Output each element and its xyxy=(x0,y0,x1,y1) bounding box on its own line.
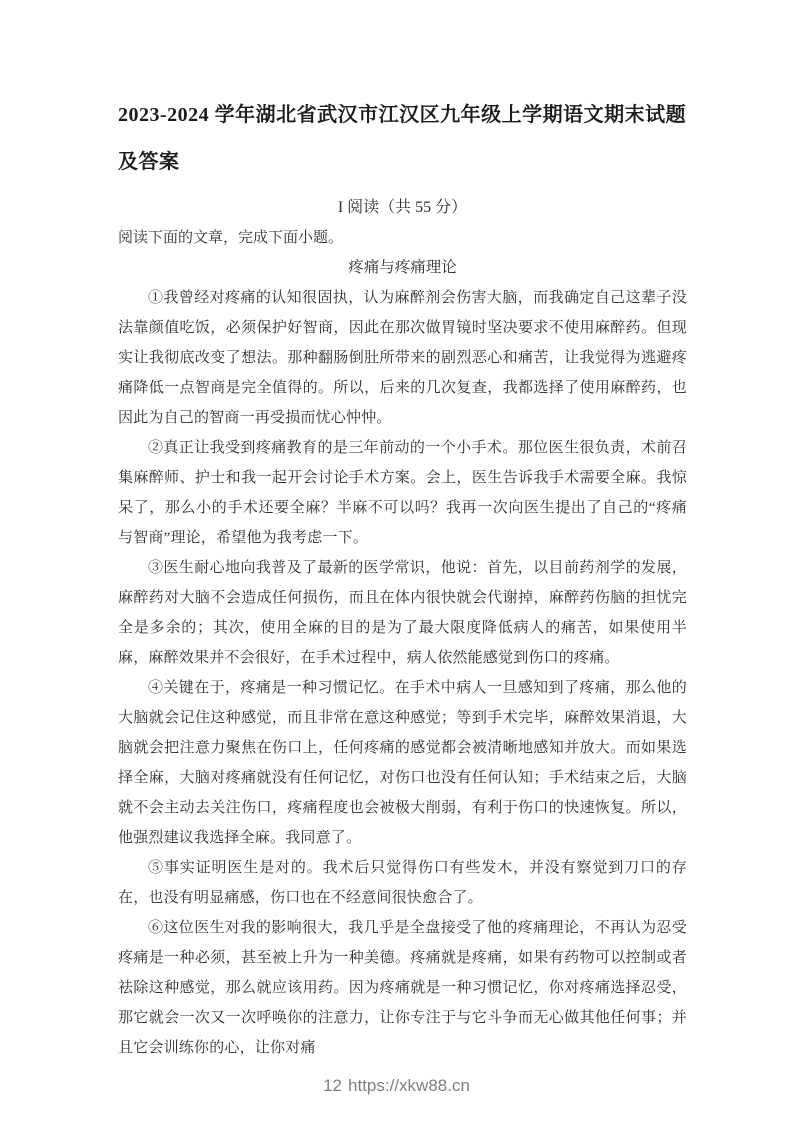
article-paragraph-2: ②真正让我受到疼痛教育的是三年前动的一个小手术。那位医生很负责，术前召集麻醉师、… xyxy=(118,433,687,553)
article-paragraph-6: ⑥这位医生对我的影响很大，我几乎是全盘接受了他的疼痛理论，不再认为忍受疼痛是一种… xyxy=(118,913,687,1063)
page-footer: 12https://xkw88.cn xyxy=(0,1076,793,1096)
page-title: 2023-2024 学年湖北省武汉市江汉区九年级上学期语文期末试题及答案 xyxy=(118,92,687,186)
article-title: 疼痛与疼痛理论 xyxy=(118,253,687,283)
article-paragraph-1: ①我曾经对疼痛的认知很固执，认为麻醉剂会伤害大脑，而我确定自己这辈子没法靠颜值吃… xyxy=(118,283,687,433)
article-paragraph-3: ③医生耐心地向我普及了最新的医学常识，他说：首先，以目前药剂学的发展，麻醉药对大… xyxy=(118,553,687,673)
document-page: 2023-2024 学年湖北省武汉市江汉区九年级上学期语文期末试题及答案 I 阅… xyxy=(0,0,793,1122)
intro-line: 阅读下面的文章，完成下面小题。 xyxy=(118,223,687,253)
page-content: 2023-2024 学年湖北省武汉市江汉区九年级上学期语文期末试题及答案 I 阅… xyxy=(0,92,793,1063)
article-paragraph-4: ④关键在于，疼痛是一种习惯记忆。在手术中病人一旦感知到了疼痛，那么他的大脑就会记… xyxy=(118,673,687,853)
footer-url: https://xkw88.cn xyxy=(348,1076,470,1095)
article-paragraph-5: ⑤事实证明医生是对的。我术后只觉得伤口有些发木，并没有察觉到刀口的存在，也没有明… xyxy=(118,853,687,913)
section-heading: I 阅读（共 55 分） xyxy=(118,193,687,223)
page-number: 12 xyxy=(323,1076,342,1095)
